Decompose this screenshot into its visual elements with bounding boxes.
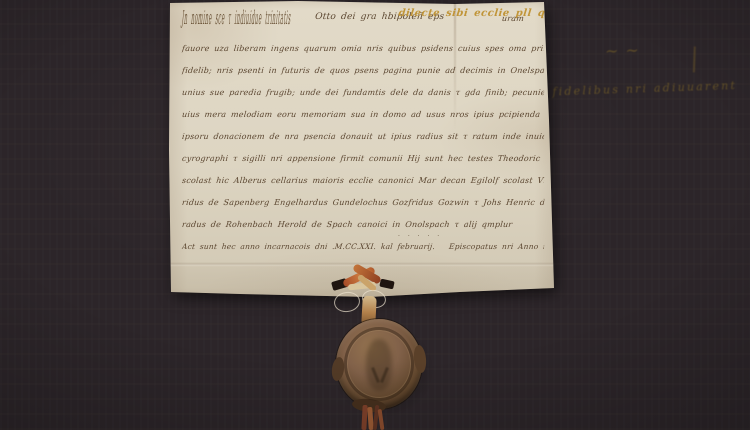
dating-text: Act sunt hec anno incarnacois dni .M.CC.… [182,242,436,251]
wax-seal [336,319,422,409]
charter-text-line: ridus de Sapenberg Engelhardus Gundeloch… [181,198,544,208]
inscription-stroke [693,46,696,72]
seal-impression-figure [366,339,392,391]
tassel-strand [378,409,385,430]
charter-text-line: cyrographi τ sigilli nri appensione firm… [181,154,544,164]
charter-opening-line: Jn nomine sce τ indiuidue trinitatis Ott… [181,5,556,31]
elongated-invocation: Jn nomine sce τ indiuidue trinitatis [181,5,293,32]
opening-line-tail: uram [501,14,524,24]
thread-loop [333,290,362,313]
charter-text-line: unius sue paredia frugib; unde dei funda… [181,88,544,98]
charter-text-line: fauore uza liberam ingens quarum omia nr… [181,44,544,54]
charter-document: Jn nomine sce τ indiuidue trinitatis Ott… [168,0,558,300]
charter-text-line: fidelib; nris psenti in futuris de quos … [181,66,544,76]
inscription-text: fidelibus nri adiuuarent [552,79,737,98]
abbreviation-dots: · · · · · [398,233,442,240]
charter-dating-line: Act sunt hec anno incarnacois dni .M.CC.… [181,242,544,252]
charter-text-line: radus de Rohenbach Herold de Spach canoi… [181,220,544,230]
charter-text-line: uius mera melodiam eoru memoriam sua in … [181,110,544,120]
episcopate-year-text: Episcopatus nri Anno iiij. [449,242,545,251]
charter-text-line: ipsoru donacionem de nra psencia donauit… [181,132,544,142]
photograph: ∼∼ fidelibus nri adiuuarent Jn nomine sc… [0,0,750,430]
backdrop-gold-inscription: ∼∼ fidelibus nri adiuuarent [551,37,750,122]
cord-tip-right [379,279,394,290]
inscription-flourish: ∼∼ [605,40,646,60]
seal-cord-knot [326,268,404,326]
parchment: Jn nomine sce τ indiuidue trinitatis Ott… [168,0,558,300]
charter-text-line: scolast hic Alberus cellarius maioris ec… [181,176,544,186]
seal-tassel [358,405,386,430]
